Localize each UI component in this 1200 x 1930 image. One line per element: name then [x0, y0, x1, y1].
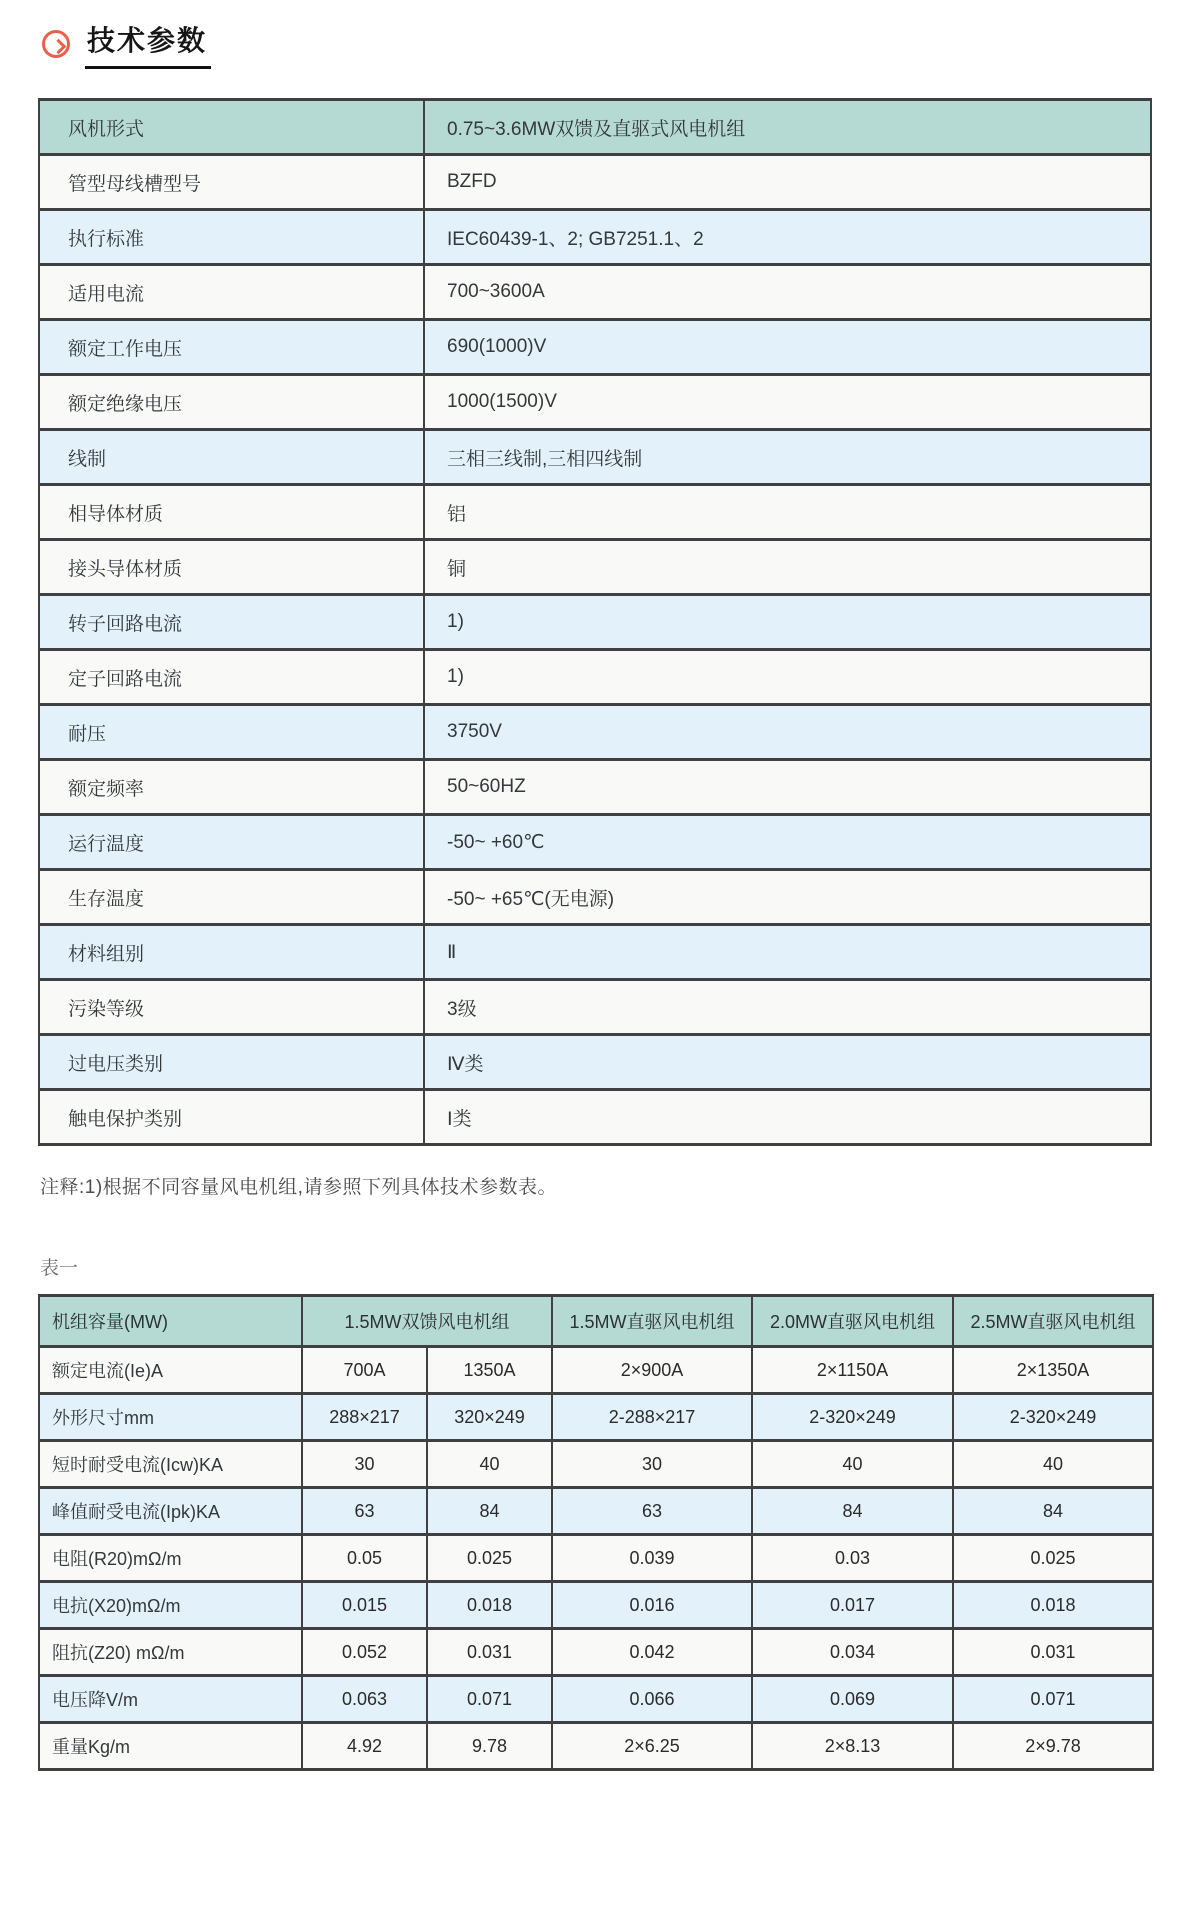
- param-row-value: 0.052: [302, 1629, 427, 1676]
- spec-table-row: 接头导体材质铜: [39, 540, 1151, 595]
- spec-table-row: 额定工作电压690(1000)V: [39, 320, 1151, 375]
- spec-table-row: 定子回路电流1): [39, 650, 1151, 705]
- param-row-value: 2×900A: [552, 1347, 752, 1394]
- capacity-param-table: 机组容量(MW) 1.5MW双馈风电机组 1.5MW直驱风电机组 2.0MW直驱…: [38, 1294, 1154, 1771]
- spec-row-label: 风机形式: [39, 100, 424, 155]
- technical-spec-table: 风机形式0.75~3.6MW双馈及直驱式风电机组管型母线槽型号BZFD执行标准I…: [38, 98, 1152, 1146]
- header-direct-drive-2-5mw: 2.5MW直驱风电机组: [953, 1296, 1153, 1347]
- spec-table-row: 耐压3750V: [39, 705, 1151, 760]
- spec-table-row: 执行标准IEC60439-1、2; GB7251.1、2: [39, 210, 1151, 265]
- spec-table-row: 运行温度-50~ +60℃: [39, 815, 1151, 870]
- param-table-row: 电抗(X20)mΩ/m0.0150.0180.0160.0170.018: [39, 1582, 1153, 1629]
- spec-row-label: 运行温度: [39, 815, 424, 870]
- spec-row-label: 额定绝缘电压: [39, 375, 424, 430]
- spec-row-label: 相导体材质: [39, 485, 424, 540]
- section-heading: 技术参数: [42, 22, 1200, 66]
- spec-row-value: 铝: [424, 485, 1151, 540]
- param-row-label: 外形尺寸mm: [39, 1394, 302, 1441]
- param-row-value: 2-288×217: [552, 1394, 752, 1441]
- table-caption: 表一: [40, 1253, 1200, 1280]
- header-direct-drive-2-0mw: 2.0MW直驱风电机组: [752, 1296, 953, 1347]
- spec-table-row: 转子回路电流1): [39, 595, 1151, 650]
- param-row-value: 0.05: [302, 1535, 427, 1582]
- spec-row-value: -50~ +65℃(无电源): [424, 870, 1151, 925]
- param-row-value: 0.025: [427, 1535, 552, 1582]
- spec-row-value: 1): [424, 650, 1151, 705]
- spec-table-row: 额定频率50~60HZ: [39, 760, 1151, 815]
- param-row-value: 320×249: [427, 1394, 552, 1441]
- spec-table-row: 相导体材质铝: [39, 485, 1151, 540]
- param-row-value: 84: [752, 1488, 953, 1535]
- param-row-value: 2-320×249: [953, 1394, 1153, 1441]
- spec-table-row: 额定绝缘电压1000(1500)V: [39, 375, 1151, 430]
- param-table-row: 短时耐受电流(Icw)KA3040304040: [39, 1441, 1153, 1488]
- param-row-label: 电阻(R20)mΩ/m: [39, 1535, 302, 1582]
- spec-row-value: 三相三线制,三相四线制: [424, 430, 1151, 485]
- param-row-value: 4.92: [302, 1723, 427, 1770]
- param-table-row: 电阻(R20)mΩ/m0.050.0250.0390.030.025: [39, 1535, 1153, 1582]
- param-table-row: 电压降V/m0.0630.0710.0660.0690.071: [39, 1676, 1153, 1723]
- param-row-value: 0.042: [552, 1629, 752, 1676]
- spec-row-value: Ⅰ类: [424, 1090, 1151, 1145]
- param-row-value: 0.063: [302, 1676, 427, 1723]
- spec-table-row: 污染等级3级: [39, 980, 1151, 1035]
- param-row-value: 0.015: [302, 1582, 427, 1629]
- param-row-label: 电压降V/m: [39, 1676, 302, 1723]
- param-row-value: 2-320×249: [752, 1394, 953, 1441]
- spec-row-value: 50~60HZ: [424, 760, 1151, 815]
- spec-row-label: 材料组别: [39, 925, 424, 980]
- param-row-value: 0.016: [552, 1582, 752, 1629]
- spec-row-value: -50~ +60℃: [424, 815, 1151, 870]
- spec-row-value: 3750V: [424, 705, 1151, 760]
- param-row-label: 电抗(X20)mΩ/m: [39, 1582, 302, 1629]
- spec-row-value: IEC60439-1、2; GB7251.1、2: [424, 210, 1151, 265]
- param-row-value: 9.78: [427, 1723, 552, 1770]
- spec-table-row: 线制三相三线制,三相四线制: [39, 430, 1151, 485]
- spec-row-value: 3级: [424, 980, 1151, 1035]
- param-row-value: 40: [752, 1441, 953, 1488]
- spec-row-label: 线制: [39, 430, 424, 485]
- param-row-value: 0.018: [953, 1582, 1153, 1629]
- spec-table-row: 管型母线槽型号BZFD: [39, 155, 1151, 210]
- param-row-value: 40: [427, 1441, 552, 1488]
- param-row-value: 2×9.78: [953, 1723, 1153, 1770]
- param-row-value: 0.031: [953, 1629, 1153, 1676]
- spec-row-value: 690(1000)V: [424, 320, 1151, 375]
- spec-table-row: 适用电流700~3600A: [39, 265, 1151, 320]
- spec-row-label: 适用电流: [39, 265, 424, 320]
- param-row-value: 0.017: [752, 1582, 953, 1629]
- spec-row-label: 接头导体材质: [39, 540, 424, 595]
- param-row-value: 0.039: [552, 1535, 752, 1582]
- spec-table-row: 材料组别Ⅱ: [39, 925, 1151, 980]
- param-row-value: 2×6.25: [552, 1723, 752, 1770]
- spec-table-row: 过电压类别Ⅳ类: [39, 1035, 1151, 1090]
- header-direct-drive-1-5mw: 1.5MW直驱风电机组: [552, 1296, 752, 1347]
- circle-arrow-right-icon: [42, 30, 70, 58]
- param-table-row: 重量Kg/m4.929.782×6.252×8.132×9.78: [39, 1723, 1153, 1770]
- param-row-value: 0.025: [953, 1535, 1153, 1582]
- param-row-value: 0.018: [427, 1582, 552, 1629]
- header-unit-capacity: 机组容量(MW): [39, 1296, 302, 1347]
- spec-row-label: 转子回路电流: [39, 595, 424, 650]
- param-row-value: 30: [302, 1441, 427, 1488]
- page-title: 技术参数: [85, 19, 211, 69]
- param-row-value: 0.071: [427, 1676, 552, 1723]
- spec-row-label: 执行标准: [39, 210, 424, 265]
- param-row-label: 重量Kg/m: [39, 1723, 302, 1770]
- param-row-value: 84: [427, 1488, 552, 1535]
- spec-row-value: 0.75~3.6MW双馈及直驱式风电机组: [424, 100, 1151, 155]
- spec-row-value: BZFD: [424, 155, 1151, 210]
- param-row-value: 700A: [302, 1347, 427, 1394]
- spec-table-row: 风机形式0.75~3.6MW双馈及直驱式风电机组: [39, 100, 1151, 155]
- spec-row-label: 生存温度: [39, 870, 424, 925]
- spec-row-value: 铜: [424, 540, 1151, 595]
- spec-row-value: 700~3600A: [424, 265, 1151, 320]
- spec-row-value: 1000(1500)V: [424, 375, 1151, 430]
- spec-row-label: 触电保护类别: [39, 1090, 424, 1145]
- param-row-label: 峰值耐受电流(Ipk)KA: [39, 1488, 302, 1535]
- spec-row-label: 额定频率: [39, 760, 424, 815]
- param-row-value: 0.03: [752, 1535, 953, 1582]
- param-row-value: 84: [953, 1488, 1153, 1535]
- spec-row-value: Ⅳ类: [424, 1035, 1151, 1090]
- spec-table-row: 生存温度-50~ +65℃(无电源): [39, 870, 1151, 925]
- param-row-value: 0.066: [552, 1676, 752, 1723]
- param-row-value: 63: [552, 1488, 752, 1535]
- param-row-label: 短时耐受电流(Icw)KA: [39, 1441, 302, 1488]
- param-table-header-row: 机组容量(MW) 1.5MW双馈风电机组 1.5MW直驱风电机组 2.0MW直驱…: [39, 1296, 1153, 1347]
- param-table-row: 峰值耐受电流(Ipk)KA6384638484: [39, 1488, 1153, 1535]
- spec-row-value: Ⅱ: [424, 925, 1151, 980]
- param-row-value: 0.069: [752, 1676, 953, 1723]
- param-row-value: 2×1350A: [953, 1347, 1153, 1394]
- spec-row-label: 污染等级: [39, 980, 424, 1035]
- param-row-value: 30: [552, 1441, 752, 1488]
- param-row-value: 288×217: [302, 1394, 427, 1441]
- spec-row-label: 耐压: [39, 705, 424, 760]
- spec-row-label: 管型母线槽型号: [39, 155, 424, 210]
- param-table-row: 阻抗(Z20) mΩ/m0.0520.0310.0420.0340.031: [39, 1629, 1153, 1676]
- spec-row-label: 定子回路电流: [39, 650, 424, 705]
- param-row-value: 0.071: [953, 1676, 1153, 1723]
- table-footnote: 注释:1)根据不同容量风电机组,请参照下列具体技术参数表。: [40, 1172, 1200, 1199]
- header-doubly-fed-1-5mw: 1.5MW双馈风电机组: [302, 1296, 552, 1347]
- param-row-value: 0.031: [427, 1629, 552, 1676]
- spec-row-value: 1): [424, 595, 1151, 650]
- spec-row-label: 额定工作电压: [39, 320, 424, 375]
- param-row-value: 40: [953, 1441, 1153, 1488]
- param-row-value: 2×8.13: [752, 1723, 953, 1770]
- param-table-row: 额定电流(Ie)A700A1350A2×900A2×1150A2×1350A: [39, 1347, 1153, 1394]
- param-row-value: 1350A: [427, 1347, 552, 1394]
- param-row-label: 额定电流(Ie)A: [39, 1347, 302, 1394]
- spec-table-row: 触电保护类别Ⅰ类: [39, 1090, 1151, 1145]
- param-row-value: 0.034: [752, 1629, 953, 1676]
- param-row-value: 2×1150A: [752, 1347, 953, 1394]
- spec-row-label: 过电压类别: [39, 1035, 424, 1090]
- param-table-row: 外形尺寸mm288×217320×2492-288×2172-320×2492-…: [39, 1394, 1153, 1441]
- param-row-label: 阻抗(Z20) mΩ/m: [39, 1629, 302, 1676]
- param-row-value: 63: [302, 1488, 427, 1535]
